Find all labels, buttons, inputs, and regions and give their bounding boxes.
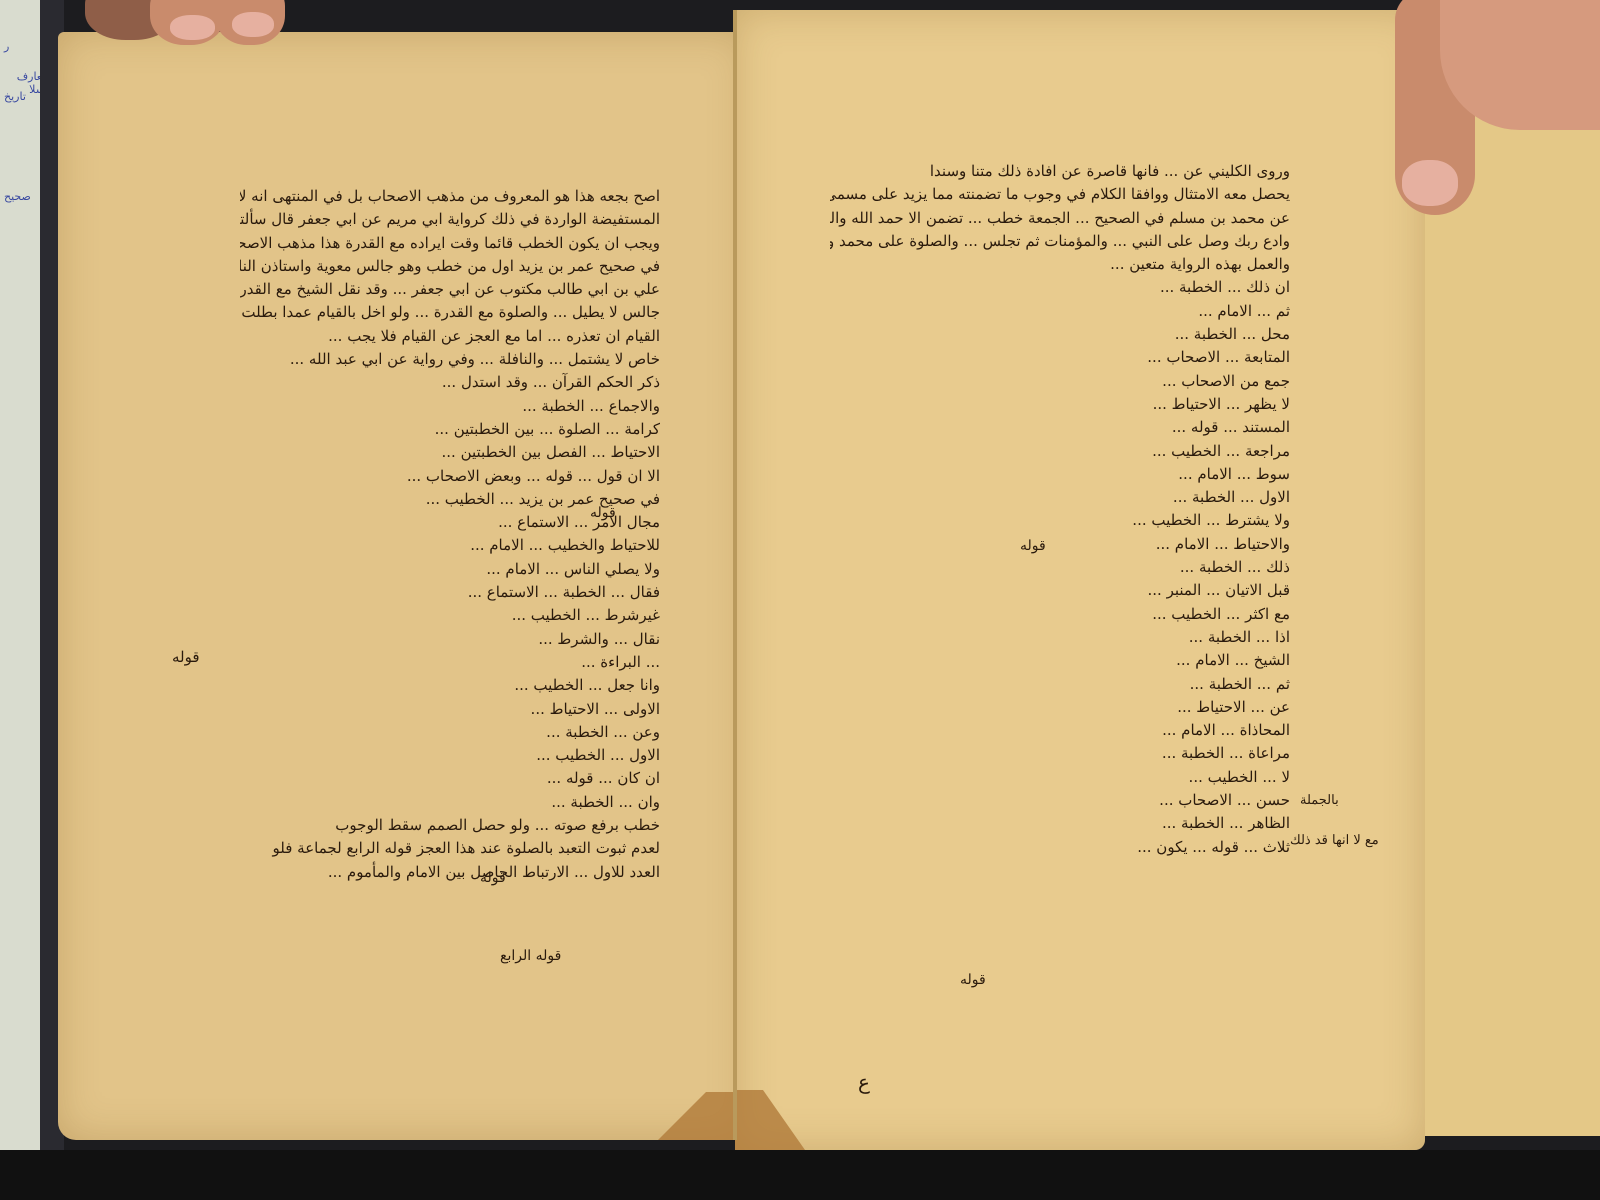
table-surface [0, 1150, 1600, 1200]
text-line: اصح بجعه هذا هو المعروف من مذهب الاصحاب … [240, 185, 660, 208]
text-line: فقال ... الخطبة ... الاستماع ... [240, 581, 660, 604]
text-line: وروى الكليني عن ... فانها قاصرة عن افادة… [830, 160, 1290, 183]
text-line: للاحتياط والخطيب ... الامام ... [240, 534, 660, 557]
text-line: والعمل بهذه الرواية متعين ... [830, 253, 1290, 276]
text-line: وعن ... الخطبة ... [240, 721, 660, 744]
text-line: غيرشرط ... الخطيب ... [240, 604, 660, 627]
book-gutter [733, 10, 737, 1140]
text-line: الاول ... الخطيب ... [240, 744, 660, 767]
text-line: ثم ... الخطبة ... [830, 673, 1290, 696]
text-line: المتابعة ... الاصحاب ... [830, 346, 1290, 369]
text-line: سوط ... الامام ... [830, 463, 1290, 486]
text-line: ... البراءة ... [240, 651, 660, 674]
background-note: صحيح [4, 190, 31, 203]
rubric-red: قوله [590, 505, 616, 521]
text-line: وادع ربك وصل على النبي ... والمؤمنات ثم … [830, 230, 1290, 253]
text-line: والاجماع ... الخطبة ... [240, 395, 660, 418]
text-line: نقال ... والشرط ... [240, 628, 660, 651]
text-line: ذكر الحكم القرآن ... وقد استدل ... [240, 371, 660, 394]
text-line: ويجب ان يكون الخطب قائما وقت ايراده مع ا… [240, 232, 660, 255]
margin-note: مع لا انها قد ذلك [1290, 833, 1379, 848]
text-line: الاحتياط ... الفصل بين الخطبتين ... [240, 441, 660, 464]
text-line: المستند ... قوله ... [830, 416, 1290, 439]
right-page-text: وروى الكليني عن ... فانها قاصرة عن افادة… [830, 160, 1290, 859]
text-line: خاص لا يشتمل ... والنافلة ... وفي رواية … [240, 348, 660, 371]
margin-note: قوله [172, 648, 200, 666]
text-line: لعدم ثبوت التعبد بالصلوة عند هذا العجز ق… [240, 837, 660, 860]
text-line: ذلك ... الخطبة ... [830, 556, 1290, 579]
text-line: مع اكثر ... الخطيب ... [830, 603, 1290, 626]
margin-note: بالجملة [1300, 793, 1339, 808]
text-line: الظاهر ... الخطبة ... [830, 812, 1290, 835]
text-line: لا يظهر ... الاحتياط ... [830, 393, 1290, 416]
text-line: العدد للاول ... الارتباط الحاصل بين الام… [240, 861, 660, 884]
fingernail [232, 12, 274, 37]
text-line: وان ... الخطبة ... [240, 791, 660, 814]
background-note: تاريخ [4, 90, 26, 103]
folio-mark: ع [858, 1070, 870, 1094]
text-line: الاولى ... الاحتياط ... [240, 698, 660, 721]
text-line: الا ان قول ... قوله ... وبعض الاصحاب ... [240, 465, 660, 488]
text-line: يحصل معه الامتثال ووافقا الكلام في وجوب … [830, 183, 1290, 206]
text-line: جمع من الاصحاب ... [830, 370, 1290, 393]
text-line: ولا يصلي الناس ... الامام ... [240, 558, 660, 581]
text-line: جالس لا يطيل ... والصلوة مع القدرة ... و… [240, 301, 660, 324]
text-line: الاول ... الخطبة ... [830, 486, 1290, 509]
rubric-red: قوله الرابع [500, 948, 561, 964]
text-line: محل ... الخطبة ... [830, 323, 1290, 346]
text-line: علي بن ابي طالب مكتوب عن ابي جعفر ... وق… [240, 278, 660, 301]
text-line: عن محمد بن مسلم في الصحيح ... الجمعة خطب… [830, 207, 1290, 230]
text-line: ولا يشترط ... الخطيب ... [830, 509, 1290, 532]
thumbnail [1402, 160, 1458, 206]
text-line: حسن ... الاصحاب ... [830, 789, 1290, 812]
fingernail [170, 15, 215, 40]
text-line: كرامة ... الصلوة ... بين الخطبتين ... [240, 418, 660, 441]
text-line: اذا ... الخطبة ... [830, 626, 1290, 649]
text-line: مراعاة ... الخطبة ... [830, 742, 1290, 765]
background-note: ر [4, 40, 9, 53]
rubric-red: قوله [480, 870, 506, 886]
text-line: المحاذاة ... الامام ... [830, 719, 1290, 742]
text-line: قبل الاتيان ... المنبر ... [830, 579, 1290, 602]
text-line: عن ... الاحتياط ... [830, 696, 1290, 719]
text-line: وانا جعل ... الخطيب ... [240, 674, 660, 697]
text-line: مراجعة ... الخطيب ... [830, 440, 1290, 463]
text-line: ثلاث ... قوله ... يكون ... [830, 836, 1290, 859]
left-page-text: اصح بجعه هذا هو المعروف من مذهب الاصحاب … [240, 185, 660, 884]
rubric-red: قوله [960, 972, 986, 988]
text-line: الشيخ ... الامام ... [830, 649, 1290, 672]
text-line: في صحيح عمر بن يزيد اول من خطب وهو جالس … [240, 255, 660, 278]
text-line: والاحتياط ... الامام ... [830, 533, 1290, 556]
text-line: خطب برفع صوته ... ولو حصل الصمم سقط الوج… [240, 814, 660, 837]
text-line: ثم ... الامام ... [830, 300, 1290, 323]
water-stain [658, 1092, 738, 1140]
text-line: القيام ان تعذره ... اما مع العجز عن القي… [240, 325, 660, 348]
text-line: المستفيضة الواردة في ذلك كرواية ابي مريم… [240, 208, 660, 231]
text-line: لا ... الخطيب ... [830, 766, 1290, 789]
text-line: ان ذلك ... الخطبة ... [830, 276, 1290, 299]
water-stain [735, 1090, 805, 1150]
rubric-red: قوله [1020, 538, 1046, 554]
text-line: ان كان ... قوله ... [240, 767, 660, 790]
